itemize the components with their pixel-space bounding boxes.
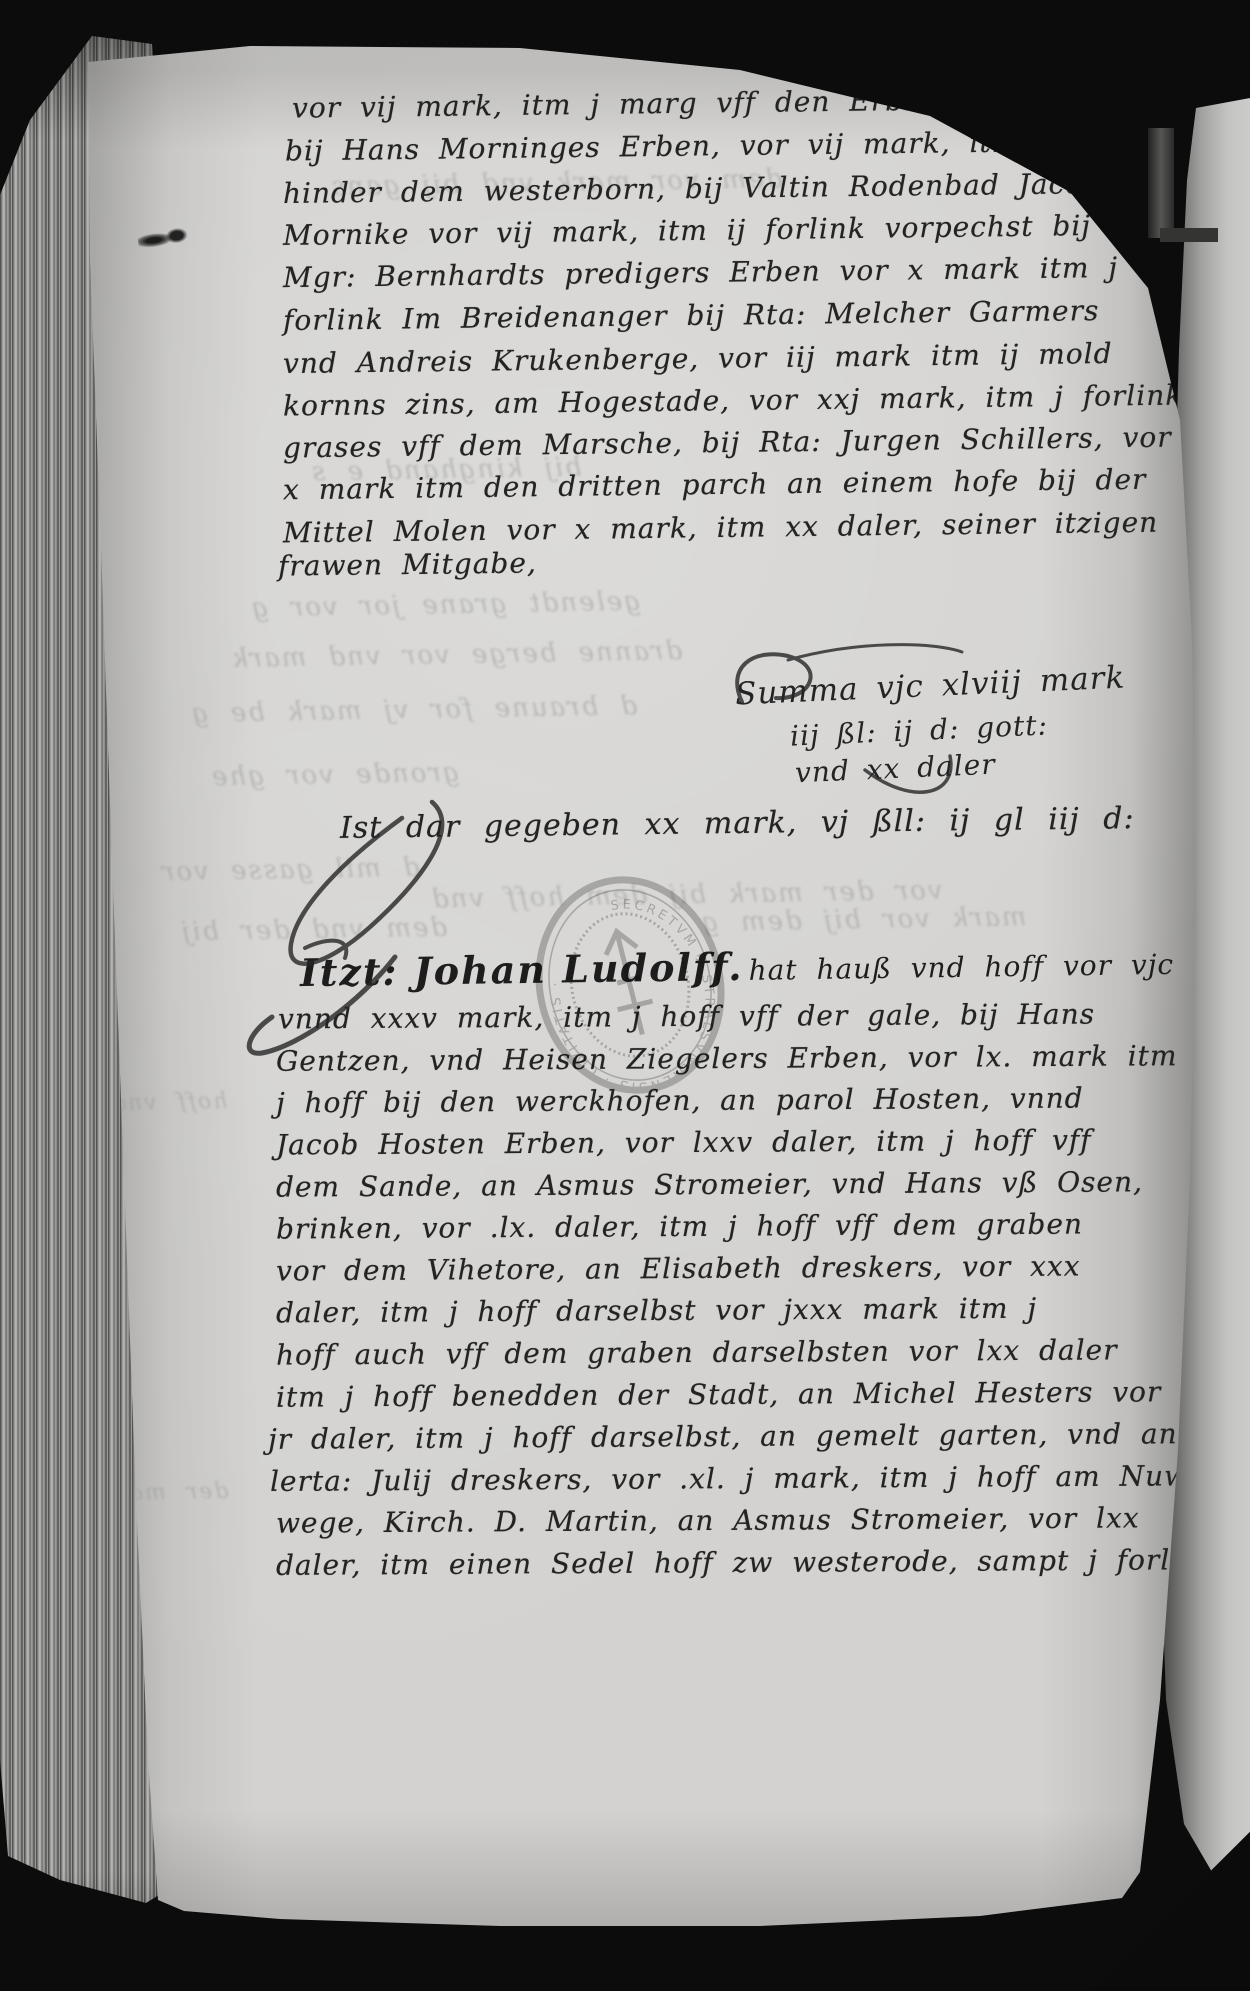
manuscript-photograph: dem vor mark vnd bij gans bij kinghand e… [0,0,1250,1991]
archive-seal-stamp: SECRETVM ✠ STRALSVNDIENSIS · CIVITATIS · [528,868,733,1103]
seal-emblem [599,927,660,1039]
book-cradle-strip [1148,128,1174,238]
manuscript-page: dem vor mark vnd bij gans bij kinghand e… [0,0,1250,1991]
book-cradle-step [1160,228,1218,242]
